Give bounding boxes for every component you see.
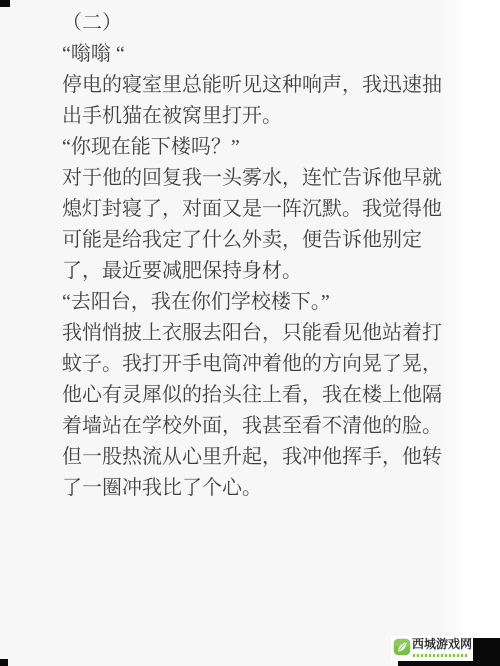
paragraph-sfx-quote: “嗡嗡 “: [62, 39, 444, 70]
watermark-subtext-strip: [413, 654, 469, 657]
paragraph: 对于他的回复我一头雾水，连忙告诉他早就熄灯封寝了，对面又是一阵沉默。我觉得他可能…: [62, 163, 444, 287]
letterbox-mark-bottom-left: [0, 659, 8, 666]
section-title: （二）: [62, 8, 444, 39]
site-watermark: 西城游戏网: [391, 636, 473, 661]
paragraph: 停电的寝室里总能听见这种响声，我迅速抽出手机猫在被窝里打开。: [62, 70, 444, 132]
letterbox-mark-top-left: [0, 0, 10, 7]
site-name: 西城游戏网: [412, 636, 473, 653]
paragraph: 我悄悄披上衣服去阳台，只能看见他站着打蚊子。我打开手电筒冲着他的方向晃了晃，他心…: [62, 318, 444, 504]
site-logo-leaf-icon: [393, 638, 411, 656]
story-text-block: （二） “嗡嗡 “ 停电的寝室里总能听见这种响声，我迅速抽出手机猫在被窝里打开。…: [62, 8, 444, 504]
paragraph-dialogue: “你现在能下楼吗？”: [62, 132, 444, 163]
letterbox-mark-bottom-right: [472, 638, 500, 666]
paragraph-dialogue: “去阳台，我在你们学校楼下。”: [62, 287, 444, 318]
reader-page: （二） “嗡嗡 “ 停电的寝室里总能听见这种响声，我迅速抽出手机猫在被窝里打开。…: [0, 0, 500, 666]
